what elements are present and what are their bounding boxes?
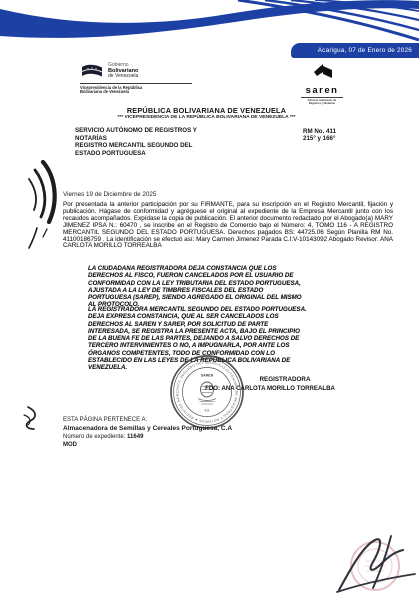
rm-number: RM No. 411 (303, 128, 373, 135)
expediente-line: Número de expediente: 11649 (63, 434, 143, 440)
venezuela-flag-icon (80, 63, 104, 80)
office-line: REGISTRO MERCANTIL SEGUNDO DEL (75, 142, 265, 150)
rm-number-block: RM No. 411 215° y 166° (303, 128, 373, 143)
document-title: REPÚBLICA BOLIVARIANA DE VENEZUELA (0, 106, 413, 115)
document-date-line: Viernes 19 de Diciembre de 2025 (63, 191, 156, 198)
registration-paragraph: Por presentada la anterior participación… (63, 202, 393, 250)
gov-logo-line3: de Venezuela (108, 74, 138, 80)
bottom-signature-and-stamp (333, 528, 419, 600)
date-banner-text: Acarigua, 07 de Enero de 2026 (318, 47, 412, 54)
seal-number: 411 (204, 409, 209, 413)
registry-office-block: SERVICIO AUTÓNOMO DE REGISTROS Y NOTARÍA… (75, 127, 265, 157)
gov-logo-sub2: Bolivariana de Venezuela (80, 90, 192, 95)
registrar-name: FDO: ANA CARLOTA MORILLO TORREALBA (172, 385, 368, 392)
expediente-label: Número de expediente: (63, 434, 125, 440)
saren-logo-name: saren (291, 86, 353, 96)
document-subtitle: *** VICEPRESIDENCIA DE LA REPÚBLICA BOLI… (0, 115, 413, 120)
office-line: SERVICIO AUTÓNOMO DE REGISTROS Y (75, 127, 265, 135)
fisco-notice-paragraph: LA CIUDADANA REGISTRADORA DEJA CONSTANCI… (88, 265, 308, 309)
seal-top-text: SAREN (201, 374, 214, 378)
saren-logo-sub2: Registros y Notarías (301, 102, 343, 105)
company-name: Almacenadora de Semillas y Cereales Port… (63, 425, 232, 432)
document-page: Acarigua, 07 de Enero de 2026 Gobierno B… (0, 0, 419, 600)
rm-folios: 215° y 166° (303, 135, 373, 142)
date-banner: Acarigua, 07 de Enero de 2026 (291, 43, 419, 58)
gov-logo: Gobierno Bolivariano de Venezuela Vicepr… (80, 63, 192, 95)
office-line: NOTARÍAS (75, 135, 265, 143)
handwritten-signature (337, 536, 415, 592)
margin-signature-scribble (16, 152, 68, 252)
registry-seal-stamp: SERVICIO AUTÓNOMO DE REGISTROS Y NOTARÍA… (169, 354, 245, 430)
saren-glyph-icon (309, 61, 335, 81)
mod-label: MOD (63, 442, 77, 448)
saren-logo: saren Servicio Autónomo de Registros y N… (291, 61, 353, 105)
footer-scribble-mark (19, 403, 47, 435)
office-line: ESTADO PORTUGUESA (75, 150, 265, 158)
registrar-role-label: REGISTRADORA (225, 376, 345, 383)
page-belongs-label: ESTA PÁGINA PERTENECE A: (63, 417, 147, 423)
expediente-number: 11649 (127, 434, 143, 440)
